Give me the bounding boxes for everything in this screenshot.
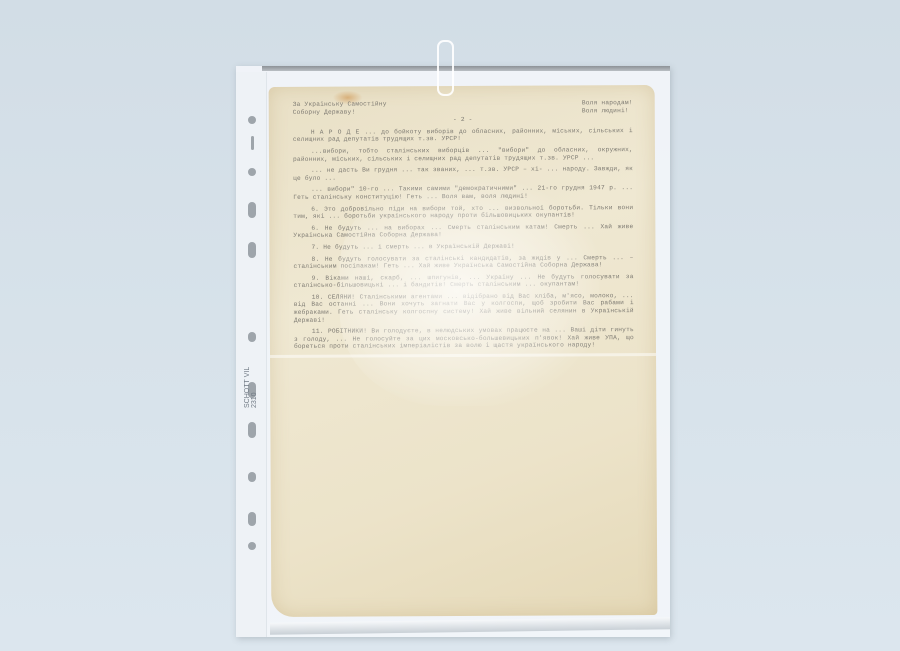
punched-margin-strip xyxy=(236,72,267,637)
paragraph: Н А Р О Д Е ... до бойкоту виборів до об… xyxy=(293,127,633,144)
punch-hole xyxy=(251,136,254,150)
slogan-right: Воля народам! Воля людині! xyxy=(582,99,633,114)
punch-hole xyxy=(248,512,256,526)
plastic-glare xyxy=(339,175,600,406)
paragraph: ...вибори, тобто сталінських виборців ..… xyxy=(293,146,633,163)
document-header: За Українську Самостійну Соборну Державу… xyxy=(293,99,633,116)
page-number: - 2 - xyxy=(293,115,633,124)
punch-hole xyxy=(248,422,256,438)
punch-hole xyxy=(248,332,256,342)
punch-hole xyxy=(248,168,256,176)
punch-hole xyxy=(248,472,256,482)
punch-hole xyxy=(248,542,256,550)
slogan-left: За Українську Самостійну Соборну Державу… xyxy=(293,100,387,116)
sleeve-brand-label: SCHOTT VIL 2310 xyxy=(244,358,258,408)
paperclip xyxy=(437,40,454,96)
punch-hole xyxy=(248,202,256,218)
typewritten-document: За Українську Самостійну Соборну Державу… xyxy=(269,85,658,617)
sleeve-top-edge xyxy=(262,66,670,71)
punch-hole xyxy=(248,242,256,258)
punch-hole xyxy=(248,116,256,124)
